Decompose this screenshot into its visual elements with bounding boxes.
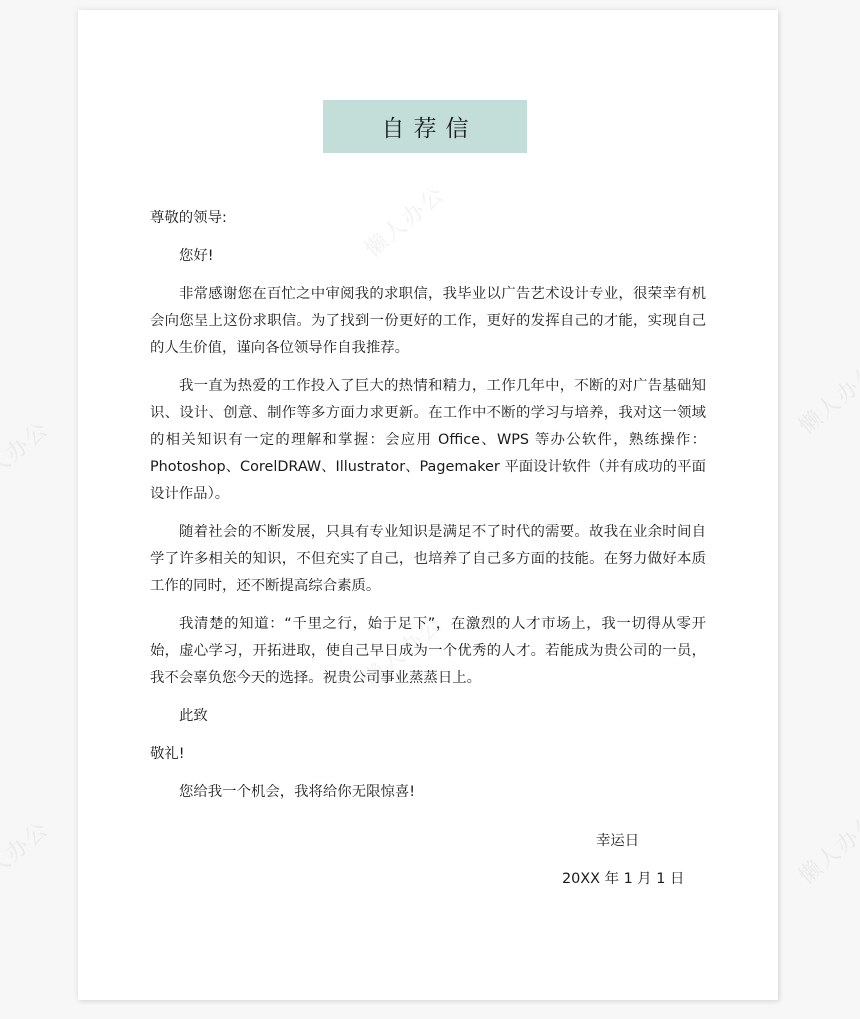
letter-body: 尊敬的领导: 您好! 非常感谢您在百忙之中审阅我的求职信，我毕业以广告艺术设计专… <box>150 205 706 817</box>
signature-date: 20XX 年 1 月 1 日 <box>562 866 684 893</box>
document-page: 自荐信 尊敬的领导: 您好! 非常感谢您在百忙之中审阅我的求职信，我毕业以广告艺… <box>78 10 778 1000</box>
watermark-left-bottom: 懒人办公 <box>0 813 55 898</box>
salutation: 尊敬的领导: <box>150 205 706 232</box>
watermark-right-top: 懒人办公 <box>791 355 860 440</box>
paragraph-1: 非常感谢您在百忙之中审阅我的求职信，我毕业以广告艺术设计专业，很荣幸有机会向您呈… <box>150 281 706 362</box>
paragraph-3: 随着社会的不断发展，只具有专业知识是满足不了时代的需要。故我在业余时间自学了许多… <box>150 519 706 600</box>
signature-name: 幸运日 <box>596 828 639 855</box>
postscript: 您给我一个机会，我将给你无限惊喜! <box>150 779 706 806</box>
greeting: 您好! <box>150 243 706 270</box>
watermark-left-middle: 懒人办公 <box>0 413 55 498</box>
paragraph-2: 我一直为热爱的工作投入了巨大的热情和精力，工作几年中，不断的对广告基础知识、设计… <box>150 373 706 508</box>
document-title: 自荐信 <box>323 100 527 153</box>
closing-line-1: 此致 <box>150 703 706 730</box>
document-title-text: 自荐信 <box>382 110 478 143</box>
closing-line-2: 敬礼! <box>150 741 706 768</box>
watermark-right-bottom: 懒人办公 <box>791 805 860 890</box>
paragraph-4: 我清楚的知道：“千里之行，始于足下”，在激烈的人才市场上，我一切得从零开始，虚心… <box>150 611 706 692</box>
